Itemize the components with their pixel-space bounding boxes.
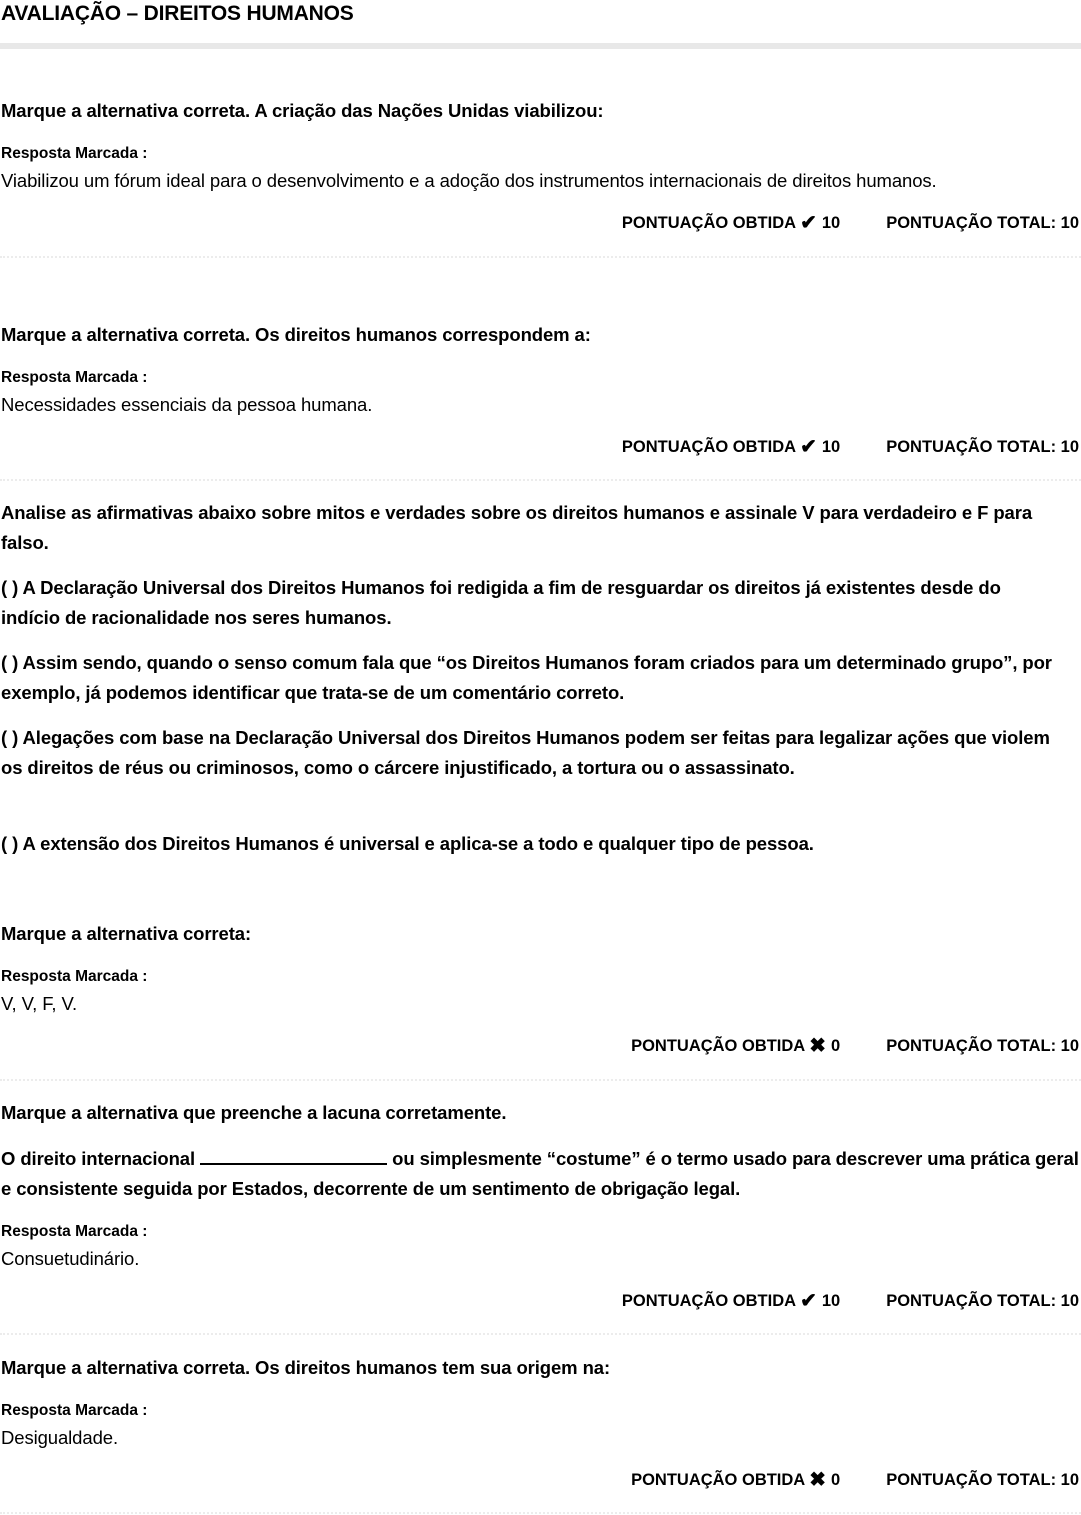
question-2-score: PONTUAÇÃO OBTIDA ✔ 10 PONTUAÇÃO TOTAL: 1… (622, 437, 1079, 457)
question-1-answer: Viabilizou um fórum ideal para o desenvo… (1, 169, 937, 193)
total-score: PONTUAÇÃO TOTAL: 10 (886, 1037, 1079, 1056)
page-title: AVALIAÇÃO – DIREITOS HUMANOS (1, 2, 354, 26)
sentence-before-blank: O direito internacional (1, 1148, 195, 1169)
total-score: PONTUAÇÃO TOTAL: 10 (886, 1471, 1079, 1490)
obtained-score: 10 (822, 1292, 840, 1311)
total-score: PONTUAÇÃO TOTAL: 10 (886, 214, 1079, 233)
title-divider (0, 43, 1081, 49)
question-1-score: PONTUAÇÃO OBTIDA ✔ 10 PONTUAÇÃO TOTAL: 1… (622, 213, 1079, 233)
question-4-score: PONTUAÇÃO OBTIDA ✔ 10 PONTUAÇÃO TOTAL: 1… (622, 1291, 1079, 1311)
cross-icon: ✖ (809, 1036, 826, 1056)
question-3-statement-4: ( ) A extensão dos Direitos Humanos é un… (1, 829, 1061, 859)
question-3-prompt: Marque a alternativa correta: (1, 919, 1081, 949)
obtained-label: PONTUAÇÃO OBTIDA (622, 214, 796, 233)
question-3-statement-1: ( ) A Declaração Universal dos Direitos … (1, 573, 1061, 633)
total-score: PONTUAÇÃO TOTAL: 10 (886, 1292, 1079, 1311)
question-divider (0, 1512, 1081, 1514)
question-3-answer: V, V, F, V. (1, 992, 77, 1016)
question-3-statement-3: ( ) Alegações com base na Declaração Uni… (1, 723, 1061, 783)
question-3-score: PONTUAÇÃO OBTIDA ✖ 0 PONTUAÇÃO TOTAL: 10 (631, 1036, 1079, 1056)
obtained-score: 10 (822, 214, 840, 233)
question-5-prompt: Marque a alternativa correta. Os direito… (1, 1353, 1081, 1383)
question-divider (0, 479, 1081, 481)
obtained-label: PONTUAÇÃO OBTIDA (631, 1471, 805, 1490)
total-score: PONTUAÇÃO TOTAL: 10 (886, 438, 1079, 457)
question-3-answer-label: Resposta Marcada : (1, 968, 147, 986)
obtained-score: 10 (822, 438, 840, 457)
obtained-label: PONTUAÇÃO OBTIDA (631, 1037, 805, 1056)
cross-icon: ✖ (809, 1470, 826, 1490)
question-4-answer: Consuetudinário. (1, 1247, 139, 1271)
question-divider (0, 1079, 1081, 1081)
check-icon: ✔ (800, 213, 817, 233)
check-icon: ✔ (800, 1291, 817, 1311)
question-4-prompt: Marque a alternativa que preenche a lacu… (1, 1098, 1081, 1128)
obtained-label: PONTUAÇÃO OBTIDA (622, 1292, 796, 1311)
question-4-sentence: O direito internacional ou simplesmente … (1, 1144, 1081, 1204)
question-divider (0, 1333, 1081, 1335)
obtained-score: 0 (831, 1037, 840, 1056)
obtained-score: 0 (831, 1471, 840, 1490)
question-5-answer-label: Resposta Marcada : (1, 1402, 147, 1420)
question-5-answer: Desigualdade. (1, 1426, 118, 1450)
question-1-prompt: Marque a alternativa correta. A criação … (1, 96, 1081, 126)
question-4-answer-label: Resposta Marcada : (1, 1223, 147, 1241)
question-5-score: PONTUAÇÃO OBTIDA ✖ 0 PONTUAÇÃO TOTAL: 10 (631, 1470, 1079, 1490)
check-icon: ✔ (800, 437, 817, 457)
question-divider (0, 256, 1081, 258)
question-2-prompt: Marque a alternativa correta. Os direito… (1, 320, 1081, 350)
question-2-answer: Necessidades essenciais da pessoa humana… (1, 393, 372, 417)
fill-in-blank (200, 1145, 387, 1165)
question-2-answer-label: Resposta Marcada : (1, 369, 147, 387)
question-1-answer-label: Resposta Marcada : (1, 145, 147, 163)
question-3-statement-2: ( ) Assim sendo, quando o senso comum fa… (1, 648, 1061, 708)
question-3-intro: Analise as afirmativas abaixo sobre mito… (1, 498, 1061, 558)
obtained-label: PONTUAÇÃO OBTIDA (622, 438, 796, 457)
